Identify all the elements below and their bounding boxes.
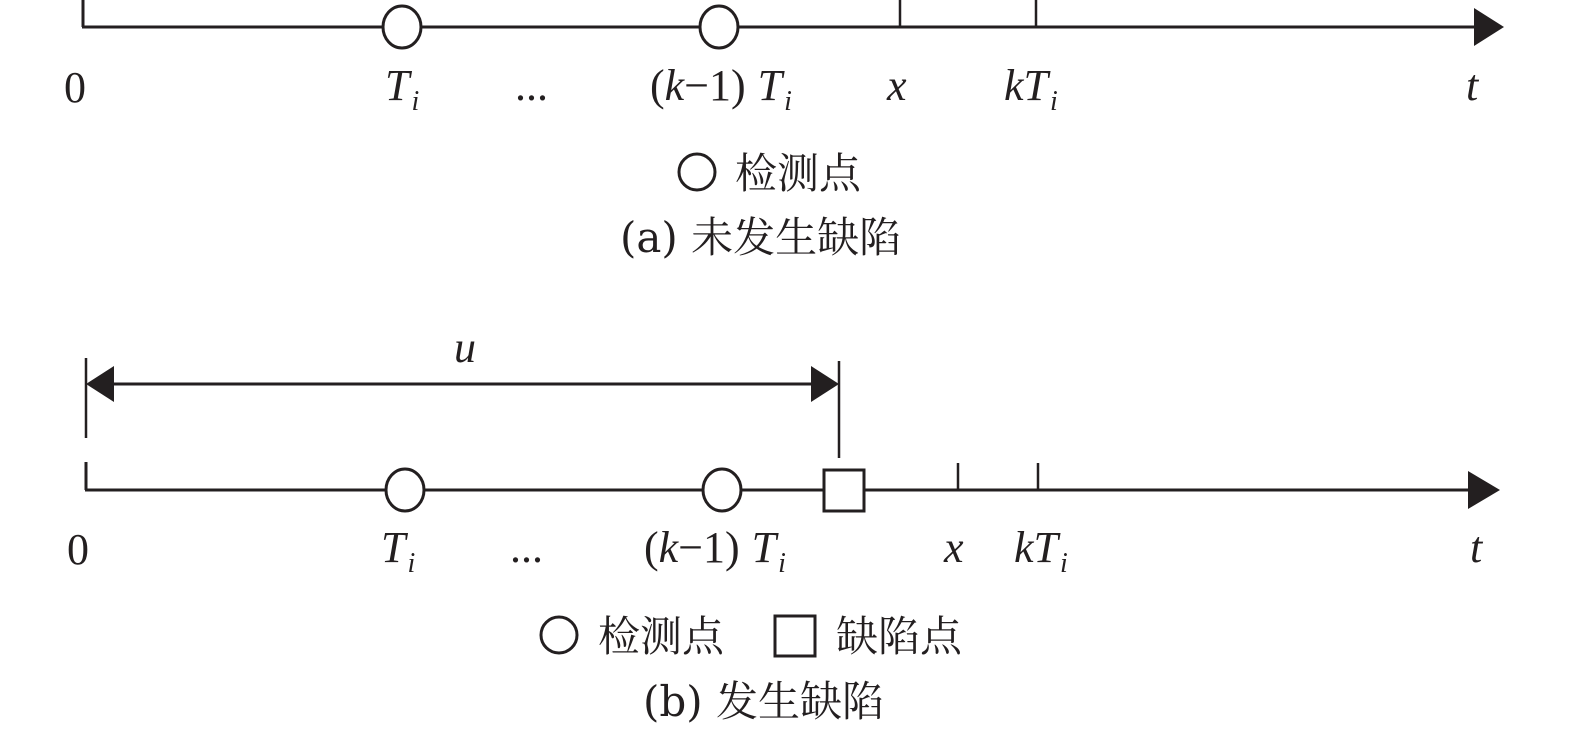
dimension-label-u: u	[454, 323, 476, 372]
label-ellipsis: ...	[510, 523, 543, 572]
label-x: x	[943, 523, 964, 572]
detection-point-circle-icon	[703, 469, 741, 511]
label-Ti: Ti	[385, 61, 419, 117]
legend-square-icon	[775, 616, 815, 656]
legend-detection-label: 检测点	[598, 612, 725, 661]
label-ellipsis: ...	[515, 61, 548, 110]
arrow-right-icon	[811, 366, 839, 402]
label-kTi: kTi	[1014, 523, 1068, 579]
detection-point-circle-icon	[700, 6, 738, 48]
timeline-diagram: 0 Ti ... (k−1)Ti x kTi t 检测点 (a) 未发生缺陷 u	[0, 0, 1575, 738]
axis-arrow-icon	[1468, 471, 1500, 509]
caption-a: (a) 未发生缺陷	[620, 213, 901, 262]
defect-point-square-icon	[824, 470, 864, 511]
arrow-left-icon	[86, 366, 114, 402]
label-t: t	[1470, 523, 1484, 572]
label-kTi: kTi	[1004, 61, 1058, 117]
detection-point-circle-icon	[386, 469, 424, 511]
label-x: x	[886, 61, 907, 110]
label-k-minus-1-Ti: (k−1)Ti	[650, 61, 792, 117]
axis-arrow-icon	[1474, 8, 1504, 46]
legend-defect-label: 缺陷点	[836, 612, 963, 661]
label-t: t	[1466, 61, 1480, 110]
label-origin: 0	[67, 525, 89, 574]
panel-b: u 0 Ti ... (k−1)Ti x kTi t 检测点 缺陷点	[67, 323, 1500, 726]
label-Ti: Ti	[381, 523, 415, 579]
detection-point-circle-icon	[383, 6, 421, 48]
label-origin: 0	[64, 63, 86, 112]
caption-b: (b) 发生缺陷	[643, 677, 884, 726]
legend-circle-icon	[541, 617, 577, 653]
label-k-minus-1-Ti: (k−1)Ti	[644, 523, 786, 579]
legend-detection-label: 检测点	[735, 149, 862, 198]
legend-circle-icon	[679, 154, 715, 190]
panel-a: 0 Ti ... (k−1)Ti x kTi t 检测点 (a) 未发生缺陷	[64, 0, 1504, 262]
